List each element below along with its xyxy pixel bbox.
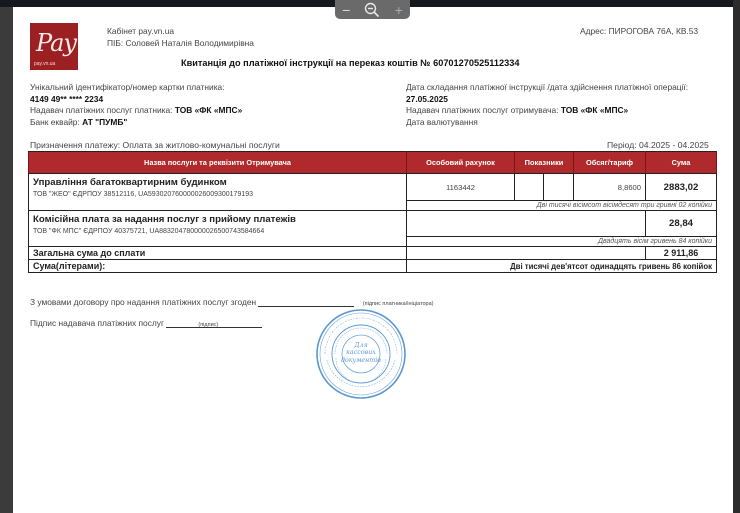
payer-full-name: ПІБ: Соловей Наталія Володимирівна	[107, 38, 254, 48]
payer-signature-line	[258, 306, 354, 307]
billing-period: Період: 04.2025 - 04.2025	[607, 140, 709, 150]
recipient-provider: Надавач платіжних послуг отримувача: ТОВ…	[406, 105, 628, 115]
stamp-line: кассових	[315, 349, 407, 356]
col-header-account: Особовий рахунок	[407, 152, 515, 174]
magnifier-minus-icon[interactable]	[364, 2, 380, 18]
provider-signature-line: Підпис надавача платіжних послуг (підпис…	[30, 318, 262, 328]
reading-previous	[515, 174, 544, 201]
total-spacer	[407, 247, 646, 260]
logo-subtext: pay.vn.ua	[34, 61, 55, 67]
service-cell: Управління багатоквартирним будинком ТОВ…	[29, 174, 407, 211]
address: Адрес: ПИРОГОВА 76А, КВ.53	[580, 26, 698, 36]
table-header-row: Назва послуги та реквізити Отримувача Ос…	[29, 152, 717, 174]
services-table: Назва послуги та реквізити Отримувача Ос…	[28, 151, 717, 273]
tariff-value: 8,8600	[574, 174, 646, 201]
table-row: Управління багатоквартирним будинком ТОВ…	[29, 174, 717, 201]
payer-id-value: 4149 49** **** 2234	[30, 94, 103, 104]
commission-details	[407, 211, 646, 237]
col-header-tariff: Обсяг/тариф	[574, 152, 646, 174]
service-sum: 28,84	[646, 211, 717, 237]
zoom-control: − +	[335, 0, 410, 19]
acquirer-bank: Банк еквайр: АТ "ПУМБ"	[30, 117, 127, 127]
total-label: Загальна сума до сплати	[29, 247, 407, 260]
account-number: 1163442	[407, 174, 515, 201]
provider-signature-text: Підпис надавача платіжних послуг	[30, 318, 164, 328]
recipient-provider-label: Надавач платіжних послуг отримувача:	[406, 105, 558, 115]
service-cell: Комісійна плата за надання послуг з прий…	[29, 211, 407, 247]
total-words-row: Сума(літерами): Дві тисячі дев'ятсот оди…	[29, 260, 717, 273]
operation-date-label: Дата складання платіжної інструкції /дат…	[406, 82, 688, 92]
payer-provider-value: ТОВ «ФК «МПС»	[175, 105, 242, 115]
service-name: Комісійна плата за надання послуг з прий…	[33, 214, 402, 225]
payer-provider-label: Надавач платіжних послуг платника:	[30, 105, 173, 115]
service-sum-words: Дві тисячі вісімсот вісімдесят три гривн…	[407, 201, 717, 211]
service-name: Управління багатоквартирним будинком	[33, 177, 402, 188]
company-stamp: Для кассових документів	[315, 308, 407, 400]
provider-signature-field: (підпис)	[166, 327, 262, 328]
viewer-scrollbar[interactable]	[733, 0, 740, 513]
payer-provider: Надавач платіжних послуг платника: ТОВ «…	[30, 105, 242, 115]
service-sum-words: Двадцять вісім гривень 84 копійки	[407, 237, 717, 247]
agreement-text: З умовами договору про надання платіжних…	[30, 297, 256, 307]
sum-in-words-value: Дві тисячі дев'ятсот одинадцять гривень …	[407, 260, 717, 273]
zoom-out-button[interactable]: −	[342, 2, 350, 18]
col-header-sum: Сума	[646, 152, 717, 174]
payment-purpose: Призначення платежу: Оплата за житлово-к…	[30, 140, 280, 150]
logo-text: Pay	[36, 29, 76, 57]
reading-current	[544, 174, 574, 201]
total-value: 2 911,86	[646, 247, 717, 260]
operation-date-value: 27.05.2025	[406, 94, 448, 104]
stamp-center-text: Для кассових документів	[315, 342, 407, 364]
service-requisites: ТОВ "ФК МПС" ЄДРПОУ 40375721, UA88320478…	[33, 228, 402, 235]
col-header-readings: Показники	[515, 152, 574, 174]
acquirer-bank-value: АТ "ПУМБ"	[82, 117, 127, 127]
table-row: Комісійна плата за надання послуг з прий…	[29, 211, 717, 237]
recipient-provider-value: ТОВ «ФК «МПС»	[561, 105, 628, 115]
service-sum: 2883,02	[646, 174, 717, 201]
total-row: Загальна сума до сплати 2 911,86	[29, 247, 717, 260]
payer-signature-hint: (підпис платника/ініціатора)	[363, 301, 434, 307]
sum-in-words-label: Сума(літерами):	[29, 260, 407, 273]
receipt-title: Квитанція до платіжної інструкції на пер…	[181, 58, 519, 68]
service-requisites: ТОВ "ЖЕО" ЄДРПОУ 38512116, UA59302076000…	[33, 191, 402, 198]
col-header-service: Назва послуги та реквізити Отримувача	[29, 152, 407, 174]
payer-id-label: Унікальний ідентифікатор/номер картки пл…	[30, 82, 225, 92]
stamp-line: Для	[315, 342, 407, 349]
agreement-line: З умовами договору про надання платіжних…	[30, 297, 434, 307]
zoom-in-button[interactable]: +	[395, 2, 403, 18]
acquirer-bank-label: Банк еквайр:	[30, 117, 80, 127]
provider-signature-hint: (підпис)	[198, 322, 218, 328]
cabinet-label: Кабінет pay.vn.ua	[107, 26, 174, 36]
stamp-line: документів	[315, 357, 407, 364]
pay-logo: Pay pay.vn.ua	[30, 23, 78, 70]
value-date-label: Дата валютування	[406, 117, 478, 127]
